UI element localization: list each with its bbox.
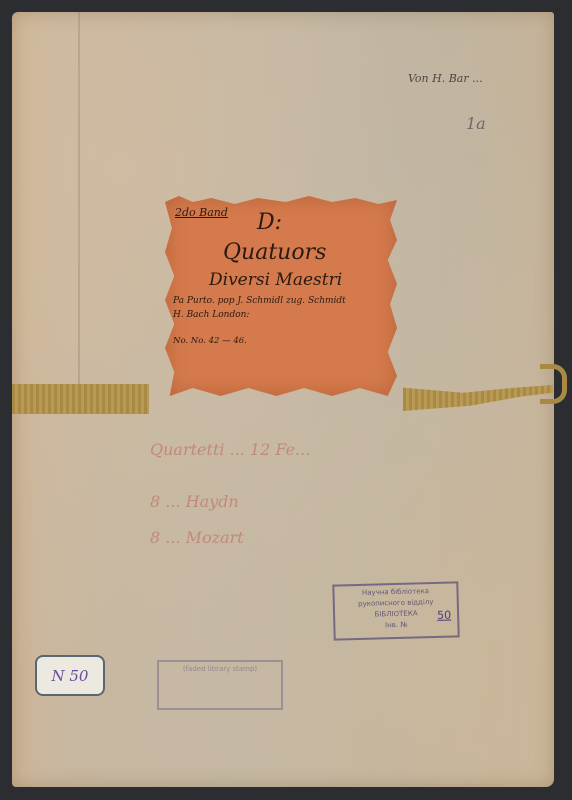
stamp-number: 50 bbox=[437, 610, 451, 621]
composers-line-1: Pa Purto. pop J. Schmidl zug. Schmidt bbox=[173, 296, 346, 306]
crease-line bbox=[78, 12, 80, 412]
catalog-letter: D: bbox=[257, 210, 282, 235]
faded-stamp: (faded library stamp) bbox=[157, 660, 283, 710]
composers-line-2: H. Bach London: bbox=[173, 310, 249, 320]
library-stamp: Научна бiблiотека рукописного вiддiлу БI… bbox=[332, 581, 459, 640]
ribbon-tie-left bbox=[12, 384, 149, 414]
red-note-3: 8 ... Mozart bbox=[150, 528, 244, 547]
numbers-range: No. No. 42 — 46. bbox=[173, 336, 247, 346]
subtitle: Diversi Maestri bbox=[209, 270, 342, 290]
folio-number: 1a bbox=[466, 114, 486, 133]
red-note-1: Quartetti ... 12 Fe... bbox=[150, 440, 310, 459]
pencil-note: Von H. Bar ... bbox=[408, 72, 483, 85]
band-number: 2do Band bbox=[175, 206, 228, 219]
stamp-line: (faded library stamp) bbox=[161, 664, 279, 675]
title: Quatuors bbox=[223, 240, 326, 265]
red-note-2: 8 ... Haydn bbox=[150, 492, 239, 511]
shelf-number-label: N 50 bbox=[35, 655, 105, 696]
ribbon-loop bbox=[540, 364, 567, 404]
title-label: 2do Band D: Quatuors Diversi Maestri Pa … bbox=[165, 196, 397, 396]
